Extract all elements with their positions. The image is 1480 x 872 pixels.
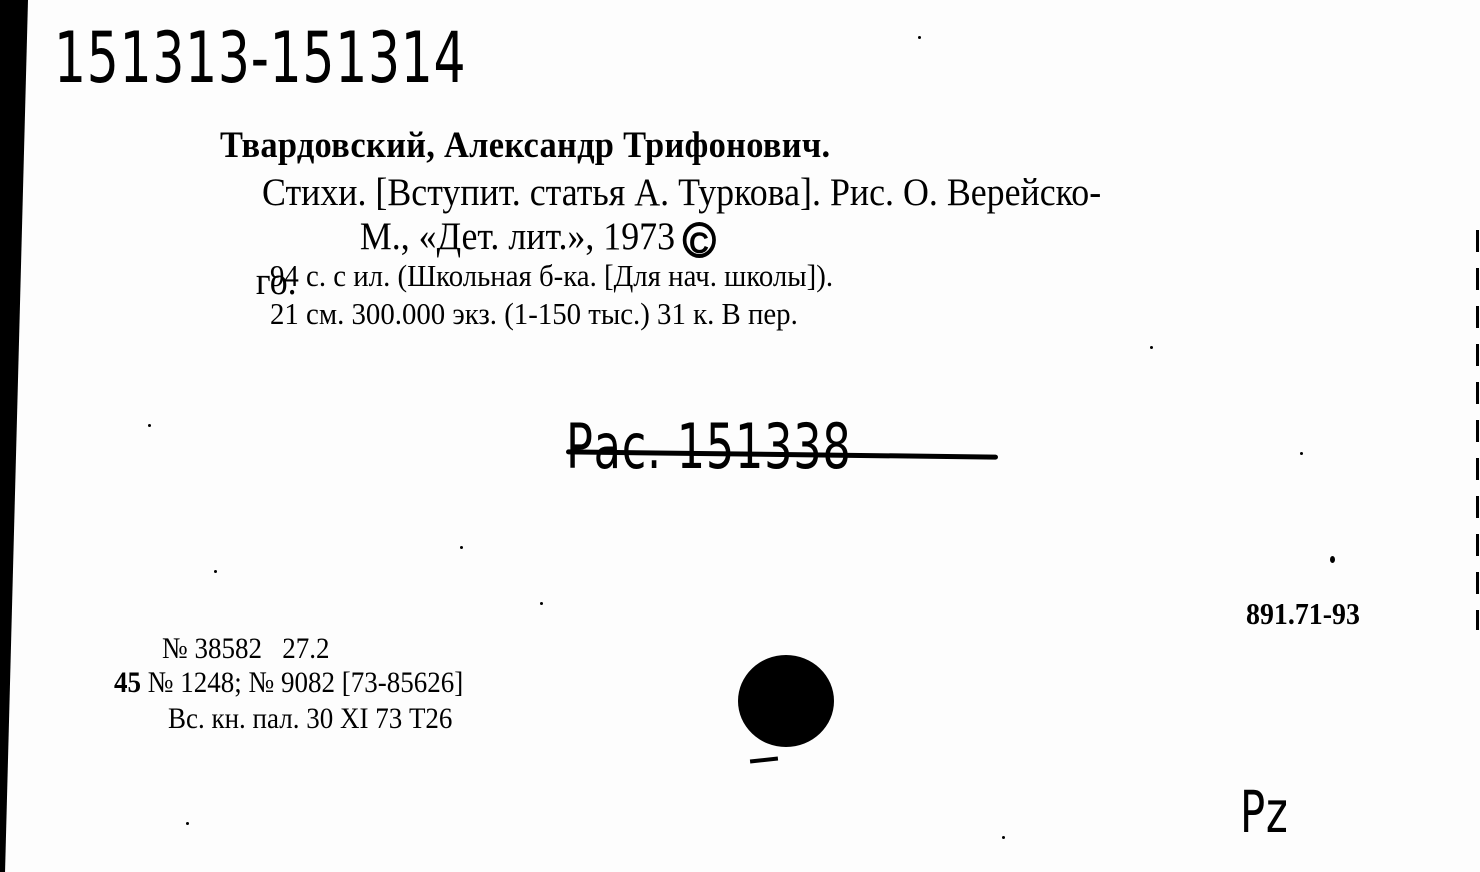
speck [1330, 556, 1335, 563]
speck [186, 822, 189, 825]
footer-line-3: Вс. кн. пал. 30 XI 73 Т26 [168, 702, 452, 736]
scan-edge-marks [1476, 230, 1479, 630]
speck [214, 570, 217, 573]
handwritten-note: Рас. 151338 [566, 410, 852, 483]
footer-line-1: № 38582 27.2 [162, 632, 330, 666]
catalog-card: 151313-151314 Твардовский, Александр Три… [0, 0, 1480, 872]
author-heading: Твардовский, Александр Трифонович. [220, 124, 830, 167]
punch-hole [738, 655, 834, 747]
punch-smudge [750, 757, 778, 764]
publication-text: М., «Дет. лит.», 1973 [360, 215, 675, 258]
speck [460, 546, 463, 549]
physical-description-2: 21 см. 300.000 экз. (1-150 тыс.) 31 к. В… [270, 296, 798, 332]
speck [918, 36, 921, 39]
speck [1300, 452, 1303, 455]
physical-description-1: 94 с. с ил. (Школьная б-ка. [Для нач. шк… [270, 258, 833, 294]
footer-line-2-rest: № 1248; № 9082 [73-85626] [141, 666, 463, 699]
speck [1002, 836, 1005, 839]
footer-line-2-lead: 45 [114, 666, 141, 699]
speck [148, 424, 151, 427]
scan-edge-shadow [0, 0, 28, 872]
copyright-icon: C [682, 222, 715, 258]
footer-line-2: 45 № 1248; № 9082 [73-85626] [114, 666, 463, 700]
inventory-numbers: 151313-151314 [54, 18, 466, 98]
classification-number: 891.71-93 [1246, 596, 1360, 632]
title-line: Стихи. [Вступит. статья А. Туркова]. Рис… [262, 170, 1101, 215]
publication-info: М., «Дет. лит.», 1973C [360, 214, 716, 259]
speck [540, 602, 543, 605]
speck [1150, 346, 1153, 349]
handwritten-mark: Pz [1240, 778, 1289, 846]
